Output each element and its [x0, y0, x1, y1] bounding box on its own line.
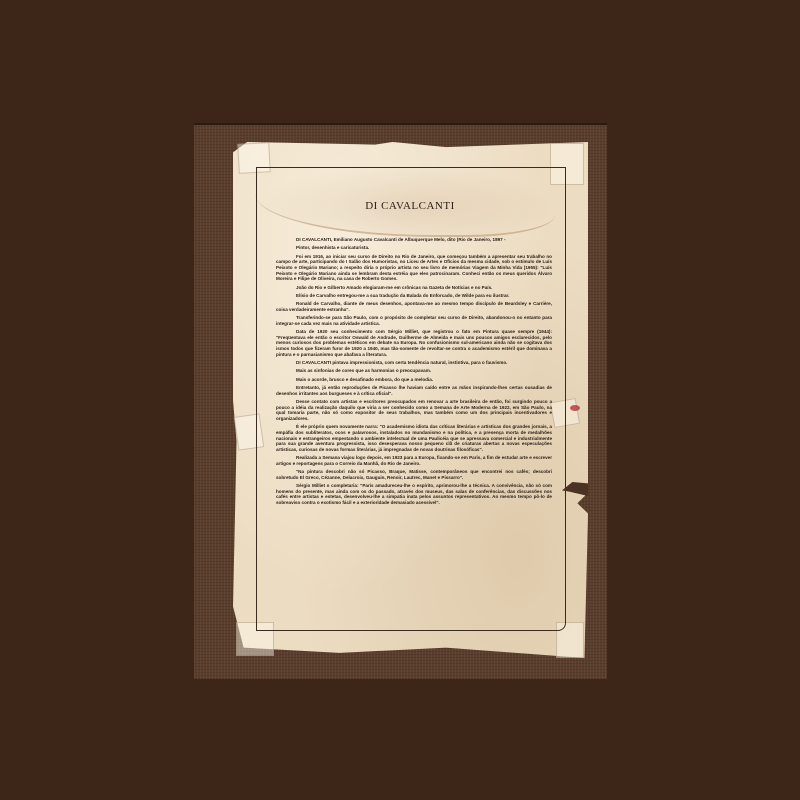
- paragraph: Mais as sinfonias de cores que as harmon…: [276, 368, 552, 374]
- document-body: DI CAVALCANTI, Emiliano Augusto Cavalcan…: [276, 237, 552, 508]
- paragraph: DI CAVALCANTI, Emiliano Augusto Cavalcan…: [276, 237, 552, 243]
- paragraph: Data de 1920 seu conhecimento com Sérgio…: [276, 329, 552, 357]
- paragraph: Mais o acorde, brusco e desafinado embor…: [276, 377, 552, 383]
- paragraph: "Na pintura descobri não só Picasso, Bra…: [276, 469, 552, 480]
- paragraph: Ronald de Carvalho, diante de meus desen…: [276, 301, 552, 312]
- paragraph: Pintor, desenhista e caricaturista.: [276, 245, 552, 251]
- paragraph: DI CAVALCANTI pintava impressionista, co…: [276, 360, 552, 366]
- red-stain-mark: [570, 405, 580, 411]
- paragraph: Elísio de Carvalho entregou-me a sua tra…: [276, 293, 552, 299]
- paragraph: Entretanto, já então reproduções de Pica…: [276, 385, 552, 396]
- paragraph: É ele próprio quem novamente narra: "O a…: [276, 424, 552, 452]
- paragraph: Transferindo-se para São Paulo, com o pr…: [276, 315, 552, 326]
- document-title: DI CAVALCANTI: [256, 200, 564, 212]
- paragraph: Sérgio Milliet o completaria: "Paris ama…: [276, 483, 552, 505]
- paragraph: Realizada a Semana viajou logo depois, e…: [276, 455, 552, 466]
- paragraph: João do Rio e Gilberto Amado elogiaram-m…: [276, 285, 552, 291]
- paragraph: Foi em 1916, ao iniciar seu curso de Dir…: [276, 254, 552, 282]
- paragraph: Desse contato com artistas e escritores …: [276, 399, 552, 421]
